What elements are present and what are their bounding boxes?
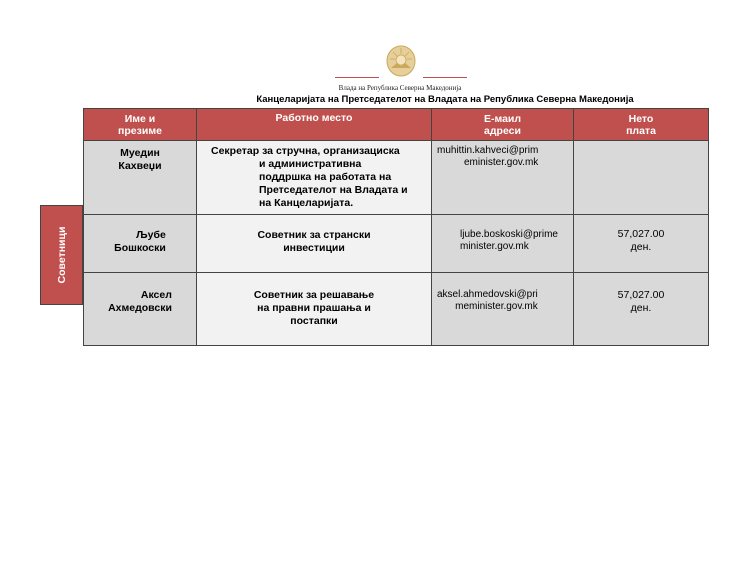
- table-row: Муедин Кахвеџи Секретар за стручна, орга…: [84, 141, 709, 215]
- table-header-row: Име и презиме Работно место Е-маил адрес…: [84, 109, 709, 141]
- name-cell: Љубе Бошкоски: [84, 215, 197, 273]
- group-label-text: Советници: [56, 227, 68, 284]
- government-caption: Влада на Република Северна Македонија: [300, 84, 500, 92]
- email-link[interactable]: ljube.boskoski@prime: [460, 229, 558, 241]
- staff-table: Име и презиме Работно место Е-маил адрес…: [83, 108, 709, 346]
- name-cell: Аксел Ахмедовски: [84, 273, 197, 346]
- column-header-name: Име и презиме: [84, 109, 197, 141]
- email-cell: ljube.boskoski@prime minister.gov.mk: [432, 215, 574, 273]
- column-header-position: Работно место: [197, 109, 432, 141]
- name-cell: Муедин Кахвеџи: [84, 141, 197, 215]
- header-rule-left: [335, 77, 379, 78]
- email-link[interactable]: muhittin.kahveci@prim: [437, 145, 538, 157]
- column-header-salary: Нето плата: [574, 109, 709, 141]
- coat-of-arms-icon: [385, 44, 417, 78]
- table-row: Љубе Бошкоски Советник за странски инвес…: [84, 215, 709, 273]
- table-row: Аксел Ахмедовски Советник за решавање на…: [84, 273, 709, 346]
- salary-cell: 57,027.00 ден.: [574, 215, 709, 273]
- column-header-email: Е-маил адреси: [432, 109, 574, 141]
- header-rule-right: [423, 77, 467, 78]
- salary-cell: [574, 141, 709, 215]
- position-cell: Советник за решавање на правни прашања и…: [197, 273, 432, 346]
- office-title: Канцеларијата на Претседателот на Владат…: [240, 94, 650, 105]
- position-cell: Советник за странски инвестиции: [197, 215, 432, 273]
- group-label-advisors: Советници: [40, 205, 83, 305]
- email-cell: muhittin.kahveci@prim eminister.gov.mk: [432, 141, 574, 215]
- email-cell: aksel.ahmedovski@pri meminister.gov.mk: [432, 273, 574, 346]
- email-link[interactable]: aksel.ahmedovski@pri: [437, 289, 538, 301]
- salary-cell: 57,027.00 ден.: [574, 273, 709, 346]
- position-cell: Секретар за стручна, организациска и адм…: [197, 141, 432, 215]
